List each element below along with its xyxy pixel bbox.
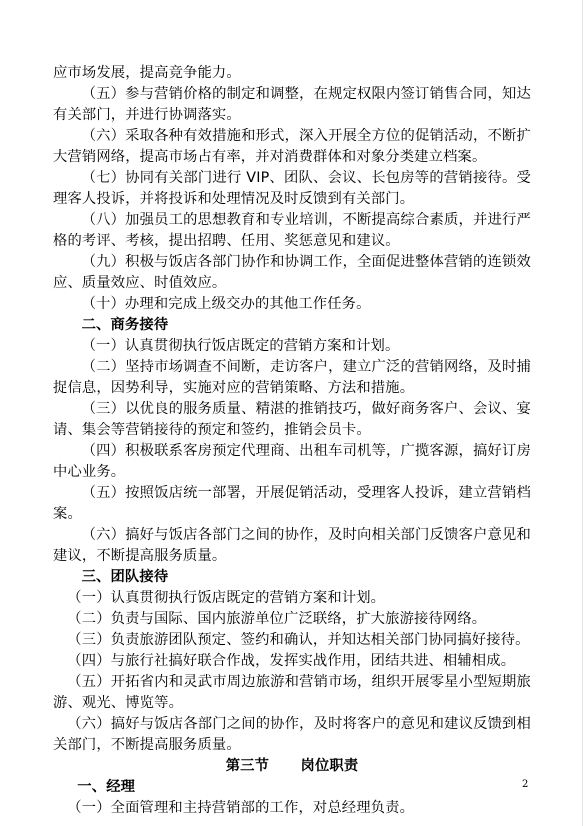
page-number: 2 [522,779,528,790]
paragraph: （三）以优良的服务质量、精湛的推销技巧，做好商务客户、会议、宴请、集会等营销接待… [53,399,531,441]
paragraph: （二）负责与国际、国内旅游单位广泛联络，扩大旅游接待网络。 [53,609,531,630]
paragraph: （七）协同有关部门进行 VIP、团队、会议、长包房等的营销接待。受理客人投诉，并… [53,168,531,210]
chapter-name: 岗位职责 [301,758,359,774]
paragraph: （一）认真贯彻执行饭店既定的营销方案和计划。 [53,336,531,357]
paragraph: （九）积极与饭店各部门协作和协调工作，全面促进整体营销的连锁效应、质量效应、时值… [53,252,531,294]
paragraph: （一）全面管理和主持营销部的工作，对总经理负责。 [53,798,531,819]
paragraph: （五）参与营销价格的制定和调整，在规定权限内签订销售合同，知达有关部门，并进行协… [53,84,531,126]
paragraph: （四）与旅行社搞好联合作战，发挥实战作用，团结共进、相辅相成。 [53,651,531,672]
paragraph: （五）开拓省内和灵武市周边旅游和营销市场，组织开展零星小型短期旅游、观光、博览等… [53,672,531,714]
paragraph: （六）搞好与饭店各部门之间的协作，及时向相关部门反馈客户意见和建议，不断提高服务… [53,525,531,567]
section-heading-manager: 一、经理 [53,777,531,798]
paragraph: （二）坚持市场调查不间断，走访客户，建立广泛的营销网络，及时捕捉信息，因势利导，… [53,357,531,399]
paragraph: （六）采取各种有效措施和形式，深入开展全方位的促销活动，不断扩大营销网络，提高市… [53,126,531,168]
chapter-number: 第三节 [226,758,269,774]
paragraph: （一）认真贯彻执行饭店既定的营销方案和计划。 [53,588,531,609]
document-page: 应市场发展，提高竞争能力。 （五）参与营销价格的制定和调整，在规定权限内签订销售… [0,0,583,826]
paragraph: （六）搞好与饭店各部门之间的协作，及时将客户的意见和建议反馈到相关部门，不断提高… [53,714,531,756]
section-heading-business-reception: 二、商务接待 [53,315,531,336]
paragraph: （五）按照饭店统一部署，开展促销活动，受理客人投诉，建立营销档案。 [53,483,531,525]
section-heading-group-reception: 三、团队接待 [53,567,531,588]
document-body: 应市场发展，提高竞争能力。 （五）参与营销价格的制定和调整，在规定权限内签订销售… [53,63,531,819]
paragraph: （八）加强员工的思想教育和专业培训，不断提高综合素质，并进行严格的考评、考核，提… [53,210,531,252]
paragraph: （十）办理和完成上级交办的其他工作任务。 [53,294,531,315]
paragraph: （三）负责旅游团队预定、签约和确认，并知达相关部门协同搞好接待。 [53,630,531,651]
chapter-title: 第三节岗位职责 [53,756,531,777]
paragraph: 应市场发展，提高竞争能力。 [53,63,531,84]
paragraph: （四）积极联系客房预定代理商、出租车司机等，广揽客源，搞好订房中心业务。 [53,441,531,483]
